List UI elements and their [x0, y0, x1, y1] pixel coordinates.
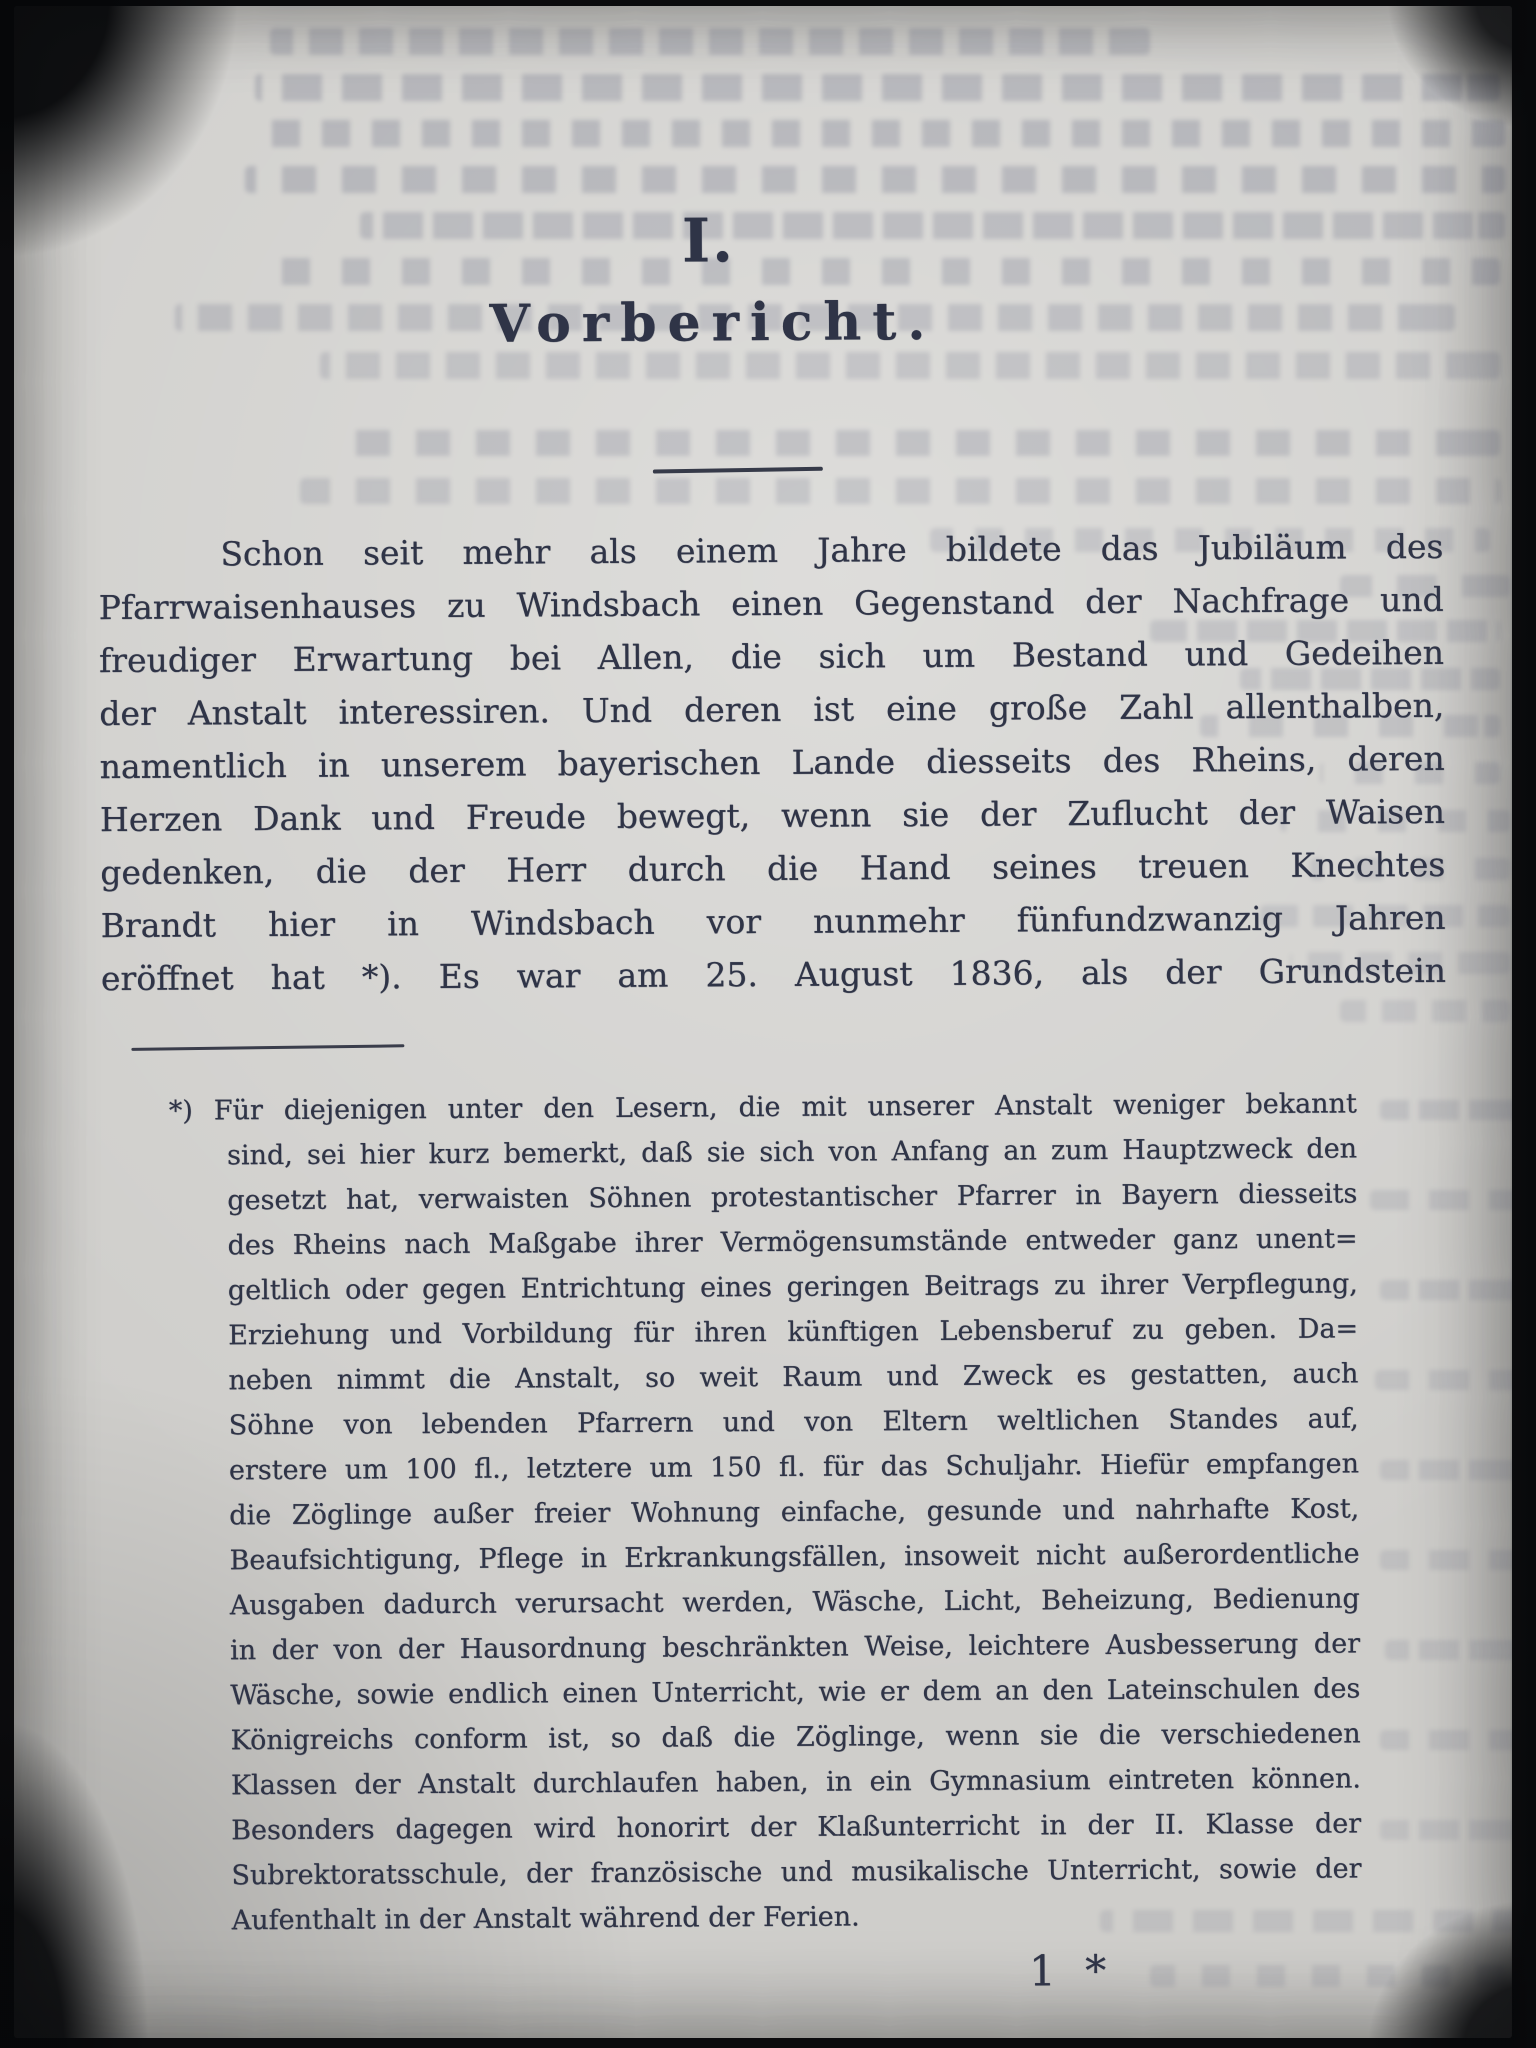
text-line: der Anstalt interessiren. Und deren ist …	[99, 679, 1444, 740]
text-line: gedenken, die der Herr durch die Hand se…	[100, 838, 1445, 899]
text-line: namentlich in unserem bayerischen Lande …	[100, 732, 1445, 793]
text-line: *) Für diejenigen unter den Lesern, die …	[227, 1081, 1357, 1133]
text-line: freudiger Erwartung bei Allen, die sich …	[99, 626, 1444, 687]
text-line: sind, sei hier kurz bemerkt, daß sie sic…	[227, 1126, 1357, 1178]
text-line: Pfarrwaisenhauses zu Windsbach einen Geg…	[99, 573, 1444, 634]
text-line: neben nimmt die Anstalt, so weit Raum un…	[228, 1351, 1358, 1403]
text-line: Herzen Dank und Freude bewegt, wenn sie …	[100, 785, 1445, 846]
heading-divider-rule	[653, 467, 823, 474]
footnote: *) Für diejenigen unter den Lesern, die …	[142, 1081, 1362, 1943]
text-line: Wäsche, sowie endlich einen Unterricht, …	[230, 1666, 1360, 1718]
text-line: geltlich oder gegen Entrichtung eines ge…	[228, 1261, 1358, 1313]
text-line: in der von der Hausordnung beschränkten …	[230, 1621, 1360, 1673]
text-line: eröffnet hat *). Es war am 25. August 18…	[101, 944, 1446, 1005]
footnote-divider-rule	[131, 1044, 404, 1051]
text-line: Erziehung und Vorbildung für ihren künft…	[228, 1306, 1358, 1358]
book-page: I. Vorbericht. Schon seit mehr als einem…	[14, 6, 1512, 2038]
text-line: Königreichs conform ist, so daß die Zögl…	[230, 1711, 1360, 1763]
text-line: Brandt hier in Windsbach vor nunmehr fün…	[100, 891, 1445, 952]
text-line: Söhne von lebenden Pfarrern und von Elte…	[229, 1396, 1359, 1448]
text-line: Schon seit mehr als einem Jahre bildete …	[98, 520, 1443, 581]
text-line: die Zöglinge außer freier Wohnung einfac…	[229, 1486, 1359, 1538]
text-line: erstere um 100 fl., letztere um 150 fl. …	[229, 1441, 1359, 1493]
text-line: des Rheins nach Maßgabe ihrer Vermögensu…	[227, 1216, 1357, 1268]
page-content: I. Vorbericht. Schon seit mehr als einem…	[14, 6, 1512, 2038]
scanned-page-photo: I. Vorbericht. Schon seit mehr als einem…	[0, 0, 1536, 2048]
text-line: Ausgaben dadurch verursacht werden, Wäsc…	[230, 1576, 1360, 1628]
photo-dark-right-edge	[1510, 0, 1536, 2048]
chapter-title: Vorbericht.	[489, 291, 936, 355]
text-line: Subrektoratsschule, der französische und…	[231, 1846, 1361, 1898]
chapter-numeral: I.	[682, 206, 735, 276]
page-number: 1 *	[1029, 1946, 1106, 1995]
main-paragraph: Schon seit mehr als einem Jahre bildete …	[98, 520, 1446, 1005]
text-line: Klassen der Anstalt durchlaufen haben, i…	[231, 1756, 1361, 1808]
text-line: Beaufsichtigung, Pflege in Erkrankungsfä…	[229, 1531, 1359, 1583]
text-line: Aufenthalt in der Anstalt während der Fe…	[232, 1891, 1362, 1943]
text-line: gesetzt hat, verwaisten Söhnen protestan…	[227, 1171, 1357, 1223]
text-line: Besonders dagegen wird honorirt der Klaß…	[231, 1801, 1361, 1853]
